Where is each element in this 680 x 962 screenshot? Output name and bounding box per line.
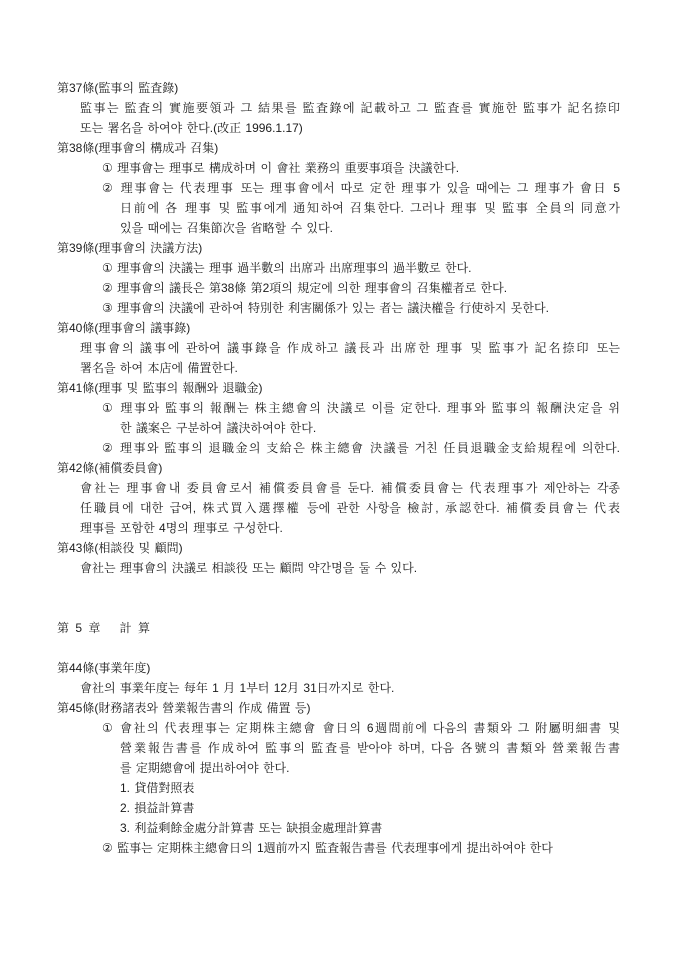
continuation: 日前에 各 理事 및 監事에게 通知하여 召集한다. 그러나 理事 및 監事 全…	[120, 198, 620, 218]
blank-line	[57, 638, 620, 658]
item: ① 會社의 代表理事는 定期株主總會 會日의 6週間前에 다음의 書類와 그 附…	[102, 718, 620, 738]
document-page: 第37條(監事의 監査錄)監事는 監査의 實施要領과 그 結果를 監査錄에 記載…	[0, 0, 680, 962]
item: ② 理事會는 代表理事 또는 理事會에서 따로 定한 理事가 있을 때에는 그 …	[102, 178, 620, 198]
item: ② 理事와 監事의 退職金의 支給은 株主總會 決議를 거친 任員退職金支給規程…	[102, 438, 620, 458]
article-heading: 第44條(事業年度)	[57, 658, 620, 678]
blank-line	[57, 578, 620, 598]
article-heading: 第45條(財務諸表와 營業報告書의 作成 備置 등)	[57, 698, 620, 718]
item: ① 理事會의 決議는 理事 過半數의 出席과 出席理事의 過半數로 한다.	[102, 258, 620, 278]
list-item: 2. 損益計算書	[120, 798, 620, 818]
continuation: 한 議案은 구분하여 議決하여야 한다.	[120, 418, 620, 438]
article-heading: 第37條(監事의 監査錄)	[57, 78, 620, 98]
body: 理事會의 議事에 관하여 議事錄을 作成하고 議長과 出席한 理事 및 監事가 …	[80, 338, 620, 358]
article-heading: 第40條(理事會의 議事錄)	[57, 318, 620, 338]
article-heading: 第39條(理事會의 決議方法)	[57, 238, 620, 258]
item: ① 理事會는 理事로 構成하며 이 會社 業務의 重要事項을 決議한다.	[102, 158, 620, 178]
chapter-heading: 第 5 章 計 算	[57, 618, 620, 638]
body: 會社의 事業年度는 每年 1 月 1부터 12月 31日까지로 한다.	[80, 678, 620, 698]
blank-line	[57, 598, 620, 618]
body: 署名을 하여 本店에 備置한다.	[80, 358, 620, 378]
list-item: 1. 貸借對照表	[120, 778, 620, 798]
article-heading: 第41條(理事 및 監事의 報酬와 退職金)	[57, 378, 620, 398]
body: 會社는 理事會내 委員會로서 補償委員會를 둔다. 補償委員會는 代表理事가 제…	[80, 478, 620, 498]
body: 또는 署名을 하여야 한다.(改正 1996.1.17)	[80, 118, 620, 138]
item: ② 理事會의 議長은 第38條 第2項의 規定에 의한 理事會의 召集權者로 한…	[102, 278, 620, 298]
continuation: 를 定期總會에 提出하여야 한다.	[120, 758, 620, 778]
item: ② 監事는 定期株主總會日의 1週前까지 監査報告書를 代表理事에게 提出하여야…	[102, 838, 620, 858]
list-item: 3. 利益剩餘金處分計算書 또는 缺損金處理計算書	[120, 818, 620, 838]
item: ① 理事와 監事의 報酬는 株主總會의 決議로 이를 定한다. 理事와 監事의 …	[102, 398, 620, 418]
item: ③ 理事會의 決議에 관하여 特別한 利害關係가 있는 者는 議決權을 行使하지…	[102, 298, 620, 318]
body: 任職員에 대한 급여, 株式買入選擇權 등에 관한 사항을 檢討, 承認한다. …	[80, 498, 620, 518]
body: 會社는 理事會의 決議로 相談役 또는 顧問 약간명을 둘 수 있다.	[80, 558, 620, 578]
document-body: 第37條(監事의 監査錄)監事는 監査의 實施要領과 그 結果를 監査錄에 記載…	[57, 78, 620, 858]
continuation: 있을 때에는 召集節次을 省略할 수 있다.	[120, 218, 620, 238]
article-heading: 第43條(相談役 및 顧問)	[57, 538, 620, 558]
body: 理事를 포함한 4명의 理事로 구성한다.	[80, 518, 620, 538]
article-heading: 第38條(理事會의 構成과 召集)	[57, 138, 620, 158]
body: 監事는 監査의 實施要領과 그 結果를 監査錄에 記載하고 그 監査를 實施한 …	[80, 98, 620, 118]
article-heading: 第42條(補償委員會)	[57, 458, 620, 478]
continuation: 營業報告書를 作成하여 監事의 監査를 받아야 하며, 다음 各號의 書類와 營…	[120, 738, 620, 758]
